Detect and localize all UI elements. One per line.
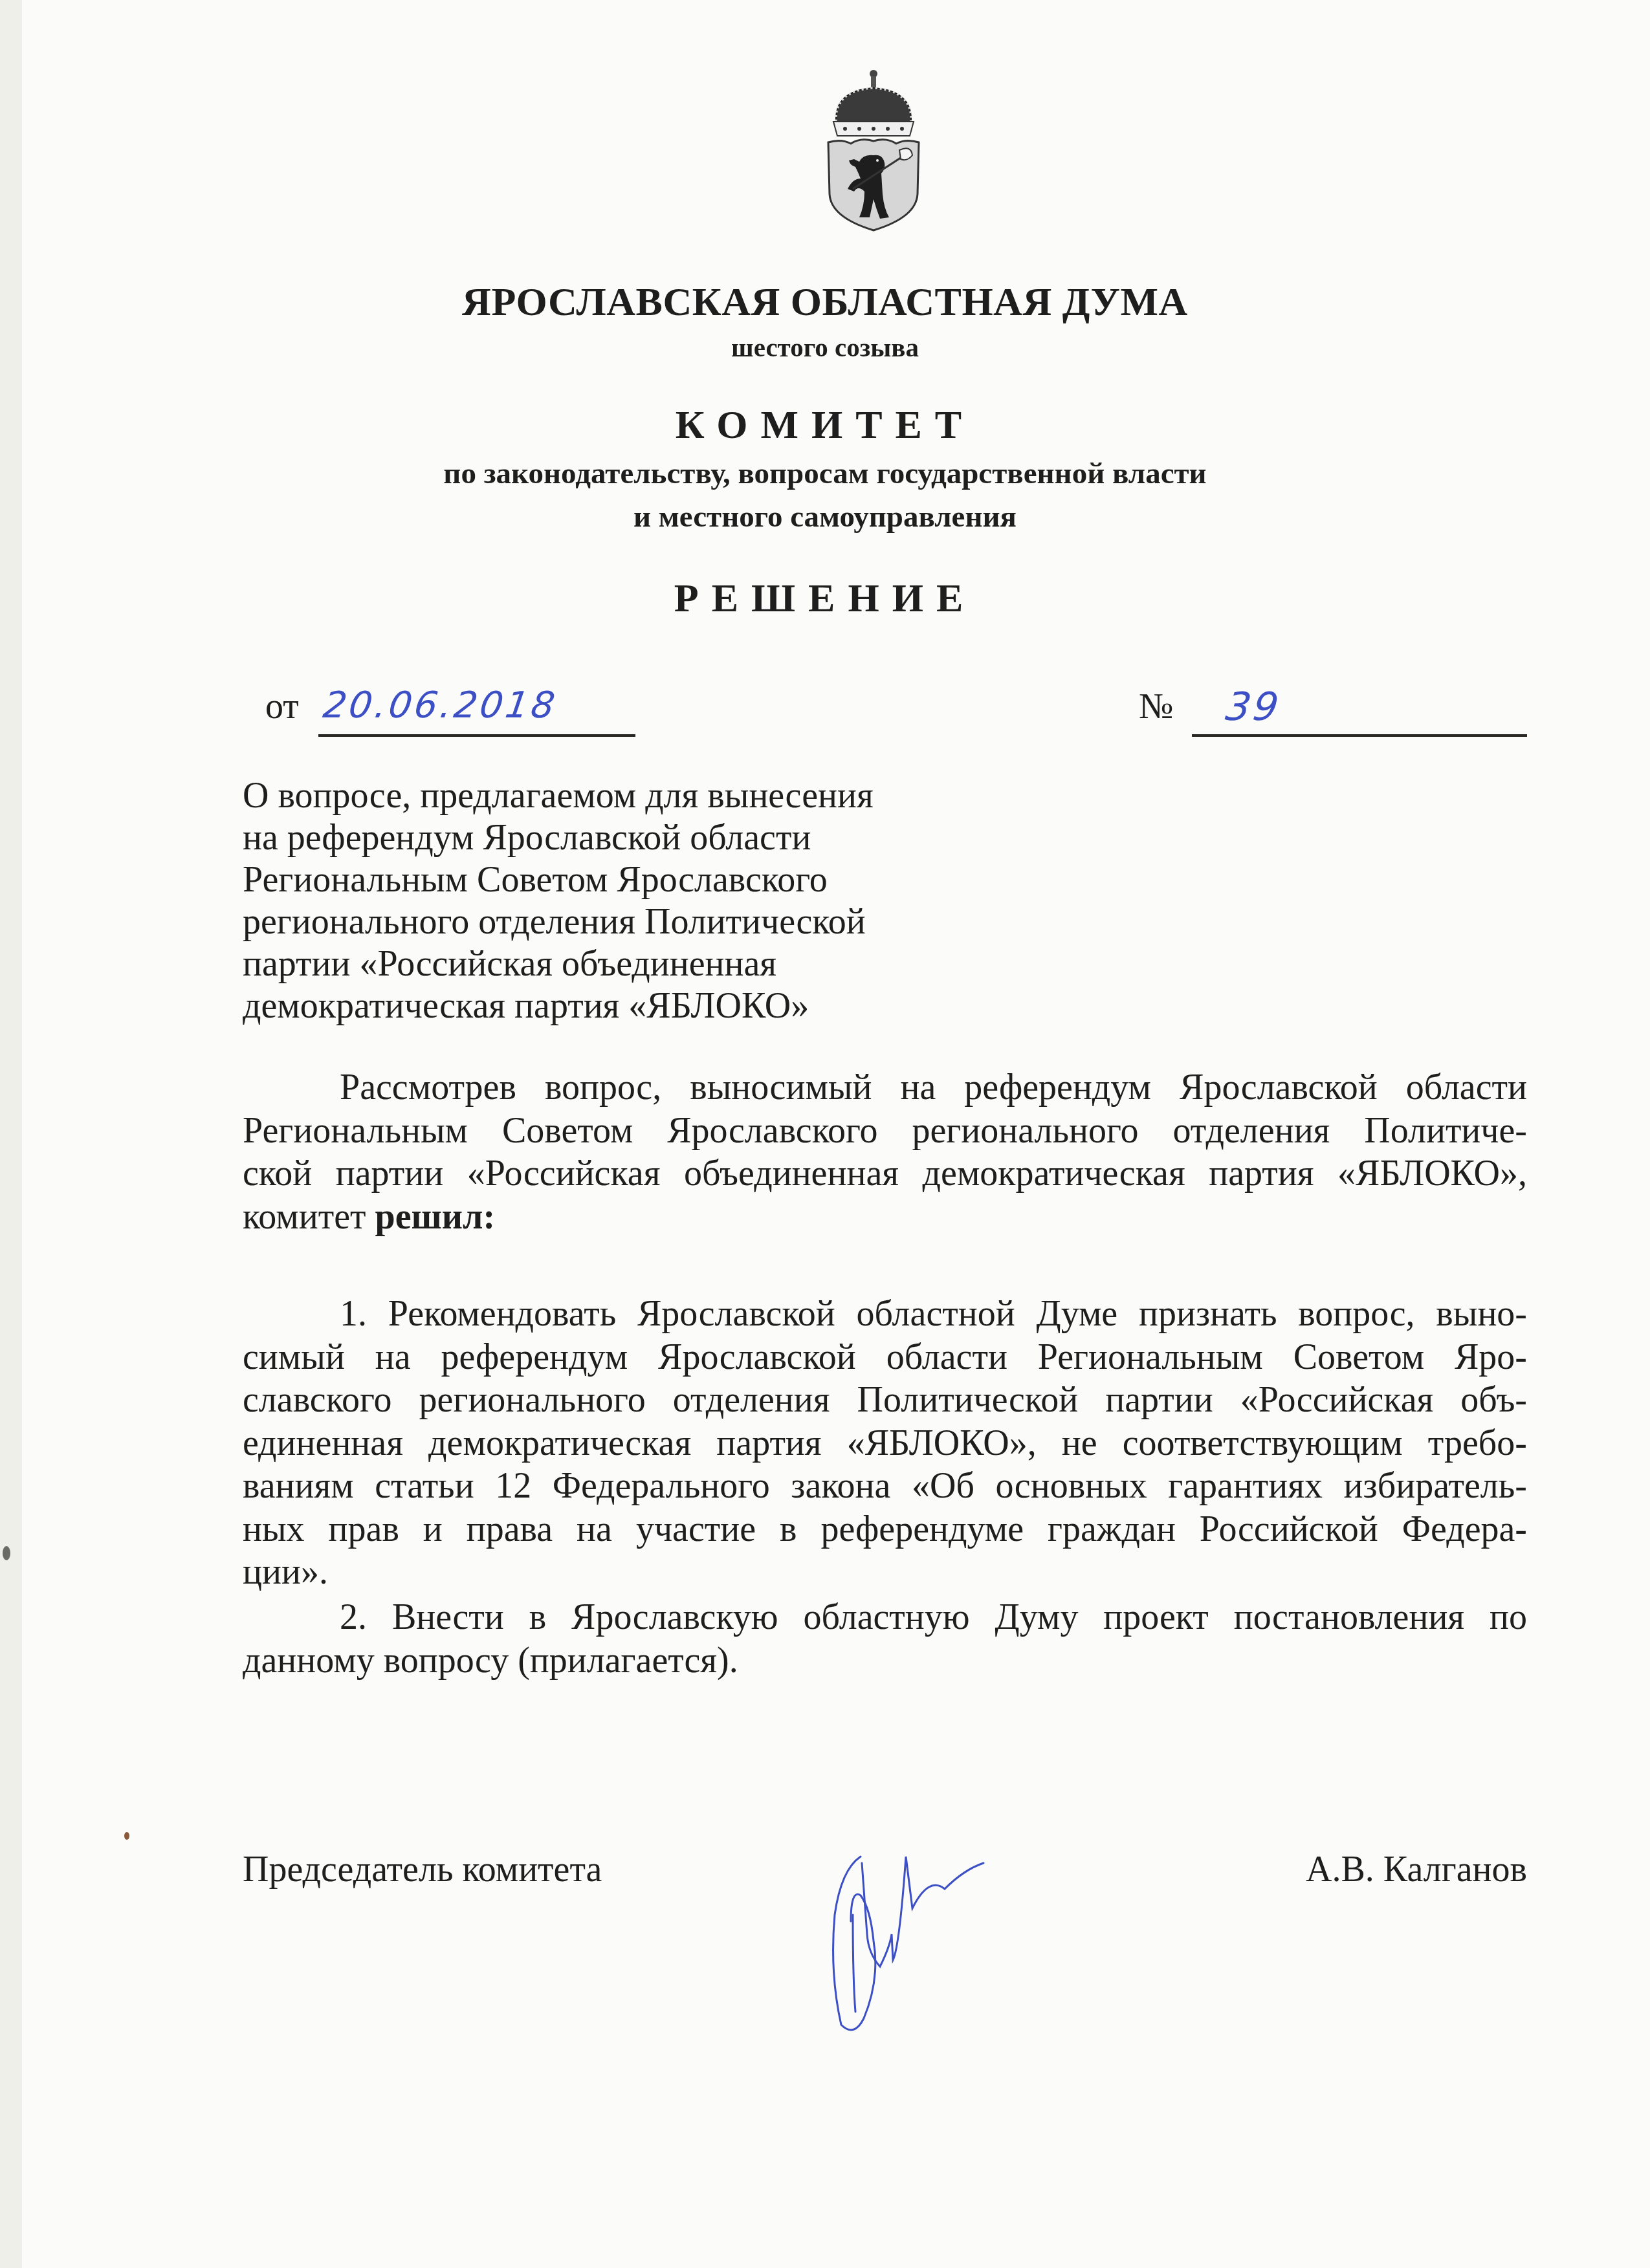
handwritten-signature-icon <box>815 1831 1061 2044</box>
scan-speck <box>3 1546 10 1560</box>
document-type: РЕШЕНИЕ <box>0 576 1650 622</box>
preamble-paragraph: Рассмотрев вопрос, выносимый на референд… <box>243 1066 1527 1238</box>
subject-line: О вопросе, предлагаемом для вынесения <box>243 775 954 817</box>
handwritten-number: 39 <box>1223 684 1284 730</box>
body-line: Рассмотрев вопрос, выносимый на референд… <box>243 1066 1527 1109</box>
body-line: комитет решил: <box>243 1195 1527 1239</box>
body-line: данному вопросу (прилагается). <box>243 1639 1527 1683</box>
subject-block: О вопросе, предлагаемом для вынесения на… <box>243 775 954 1027</box>
handwritten-date: 20.06.2018 <box>320 684 560 726</box>
subject-line: Региональным Советом Ярославского <box>243 859 954 901</box>
decided-keyword: решил: <box>375 1197 496 1237</box>
number-label: № <box>1139 686 1173 727</box>
signatory-name: А.В. Калганов <box>1306 1849 1527 1890</box>
yaroslavl-coat-of-arms-icon <box>822 65 925 233</box>
committee-subtitle-line1: по законодательству, вопросам государств… <box>0 456 1650 491</box>
convocation: шестого созыва <box>0 332 1650 363</box>
subject-line: регионального отделения Политической <box>243 901 954 943</box>
signatory-title: Председатель комитета <box>243 1849 602 1890</box>
reference-row: от 20.06.2018 № 39 <box>0 673 1650 744</box>
subject-line: демократическая партия «ЯБЛОКО» <box>243 985 954 1027</box>
subject-line: на референдум Ярославской области <box>243 817 954 859</box>
subject-line: партии «Российская объединенная <box>243 943 954 985</box>
body-line: ции». <box>243 1551 1527 1594</box>
body-line: ных прав и права на участие в референдум… <box>243 1508 1527 1551</box>
date-underline <box>318 734 635 737</box>
committee-title: КОМИТЕТ <box>0 402 1650 448</box>
resolution-item-2: 2. Внести в Ярославскую областную Думу п… <box>243 1596 1527 1682</box>
resolution-item-1: 1. Рекомендовать Ярославской областной Д… <box>243 1292 1527 1594</box>
body-line: ваниям статьи 12 Федерального закона «Об… <box>243 1465 1527 1508</box>
organization-name: ЯРОСЛАВСКАЯ ОБЛАСТНАЯ ДУМА <box>0 279 1650 325</box>
body-line: ской партии «Российская объединенная дем… <box>243 1152 1527 1195</box>
body-line: Региональным Советом Ярославского регион… <box>243 1109 1527 1153</box>
document-page: ЯРОСЛАВСКАЯ ОБЛАСТНАЯ ДУМА шестого созыв… <box>0 0 1650 2268</box>
body-line: симый на референдум Ярославской области … <box>243 1336 1527 1379</box>
body-line: единенная демократическая партия «ЯБЛОКО… <box>243 1422 1527 1465</box>
date-label: от <box>265 686 299 727</box>
preamble-prefix: комитет <box>243 1197 375 1237</box>
committee-subtitle-line2: и местного самоуправления <box>0 499 1650 534</box>
body-line: славского регионального отделения Полити… <box>243 1379 1527 1422</box>
number-underline <box>1192 734 1527 737</box>
body-line: 1. Рекомендовать Ярославской областной Д… <box>243 1292 1527 1336</box>
body-line: 2. Внести в Ярославскую областную Думу п… <box>243 1596 1527 1639</box>
